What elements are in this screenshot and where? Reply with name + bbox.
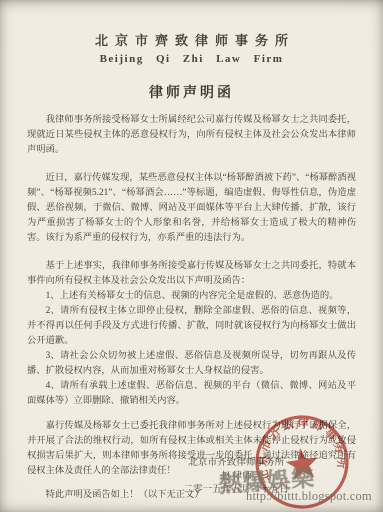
statement-item-2: 2、请所有侵权主体立即停止侵权，删除全部虚假、恶俗的信息、视频等，并不得再以任何… <box>27 304 356 349</box>
declaration-lead-paragraph: 基于上述事实，我律师事务所接受嘉行传媒及杨幂女士之共同委托，特就本事件向所有侵权… <box>27 259 356 289</box>
scanned-letter-page: 北京市齊致律师事务所 Beijing Qi Zhi Law Firm 律师声明函… <box>0 0 383 512</box>
statement-item-3: 3、请社会公众切勿被上述虚假、恶俗信息及视频所误导，切勿再跟从及传播、扩散侵权内… <box>27 349 356 379</box>
firm-name-english: Beijing Qi Zhi Law Firm <box>0 53 383 65</box>
statement-item-4: 4、请所有承载上述虚假、恶俗信息、视频的平台（微信、微博、网站及平面媒体等）立即… <box>27 379 356 409</box>
letter-title: 律师声明函 <box>0 82 383 102</box>
watermark-url: http://bittt.blogspot.com <box>246 489 372 504</box>
intro-paragraph: 我律师事务所接受杨幂女士所属经纪公司嘉行传媒及杨幂女士之共同委托，现就近日某些侵… <box>27 113 356 158</box>
firm-name-chinese: 北京市齊致律师事务所 <box>0 30 383 49</box>
statement-item-1: 1、上述有关杨幂女士的信息、视频的内容完全是虚假的、恶意伪造的。 <box>27 289 356 304</box>
incident-paragraph: 近日，嘉行传媒发现，某些恶意侵权主体以“杨幂醉酒被下药”、“杨幂醉酒视频”、“杨… <box>27 171 356 246</box>
letter-body: 我律师事务所接受杨幂女士所属经纪公司嘉行传媒及杨幂女士之共同委托，现就近日某些侵… <box>0 102 383 503</box>
letterhead: 北京市齊致律师事务所 Beijing Qi Zhi Law Firm <box>0 0 383 65</box>
